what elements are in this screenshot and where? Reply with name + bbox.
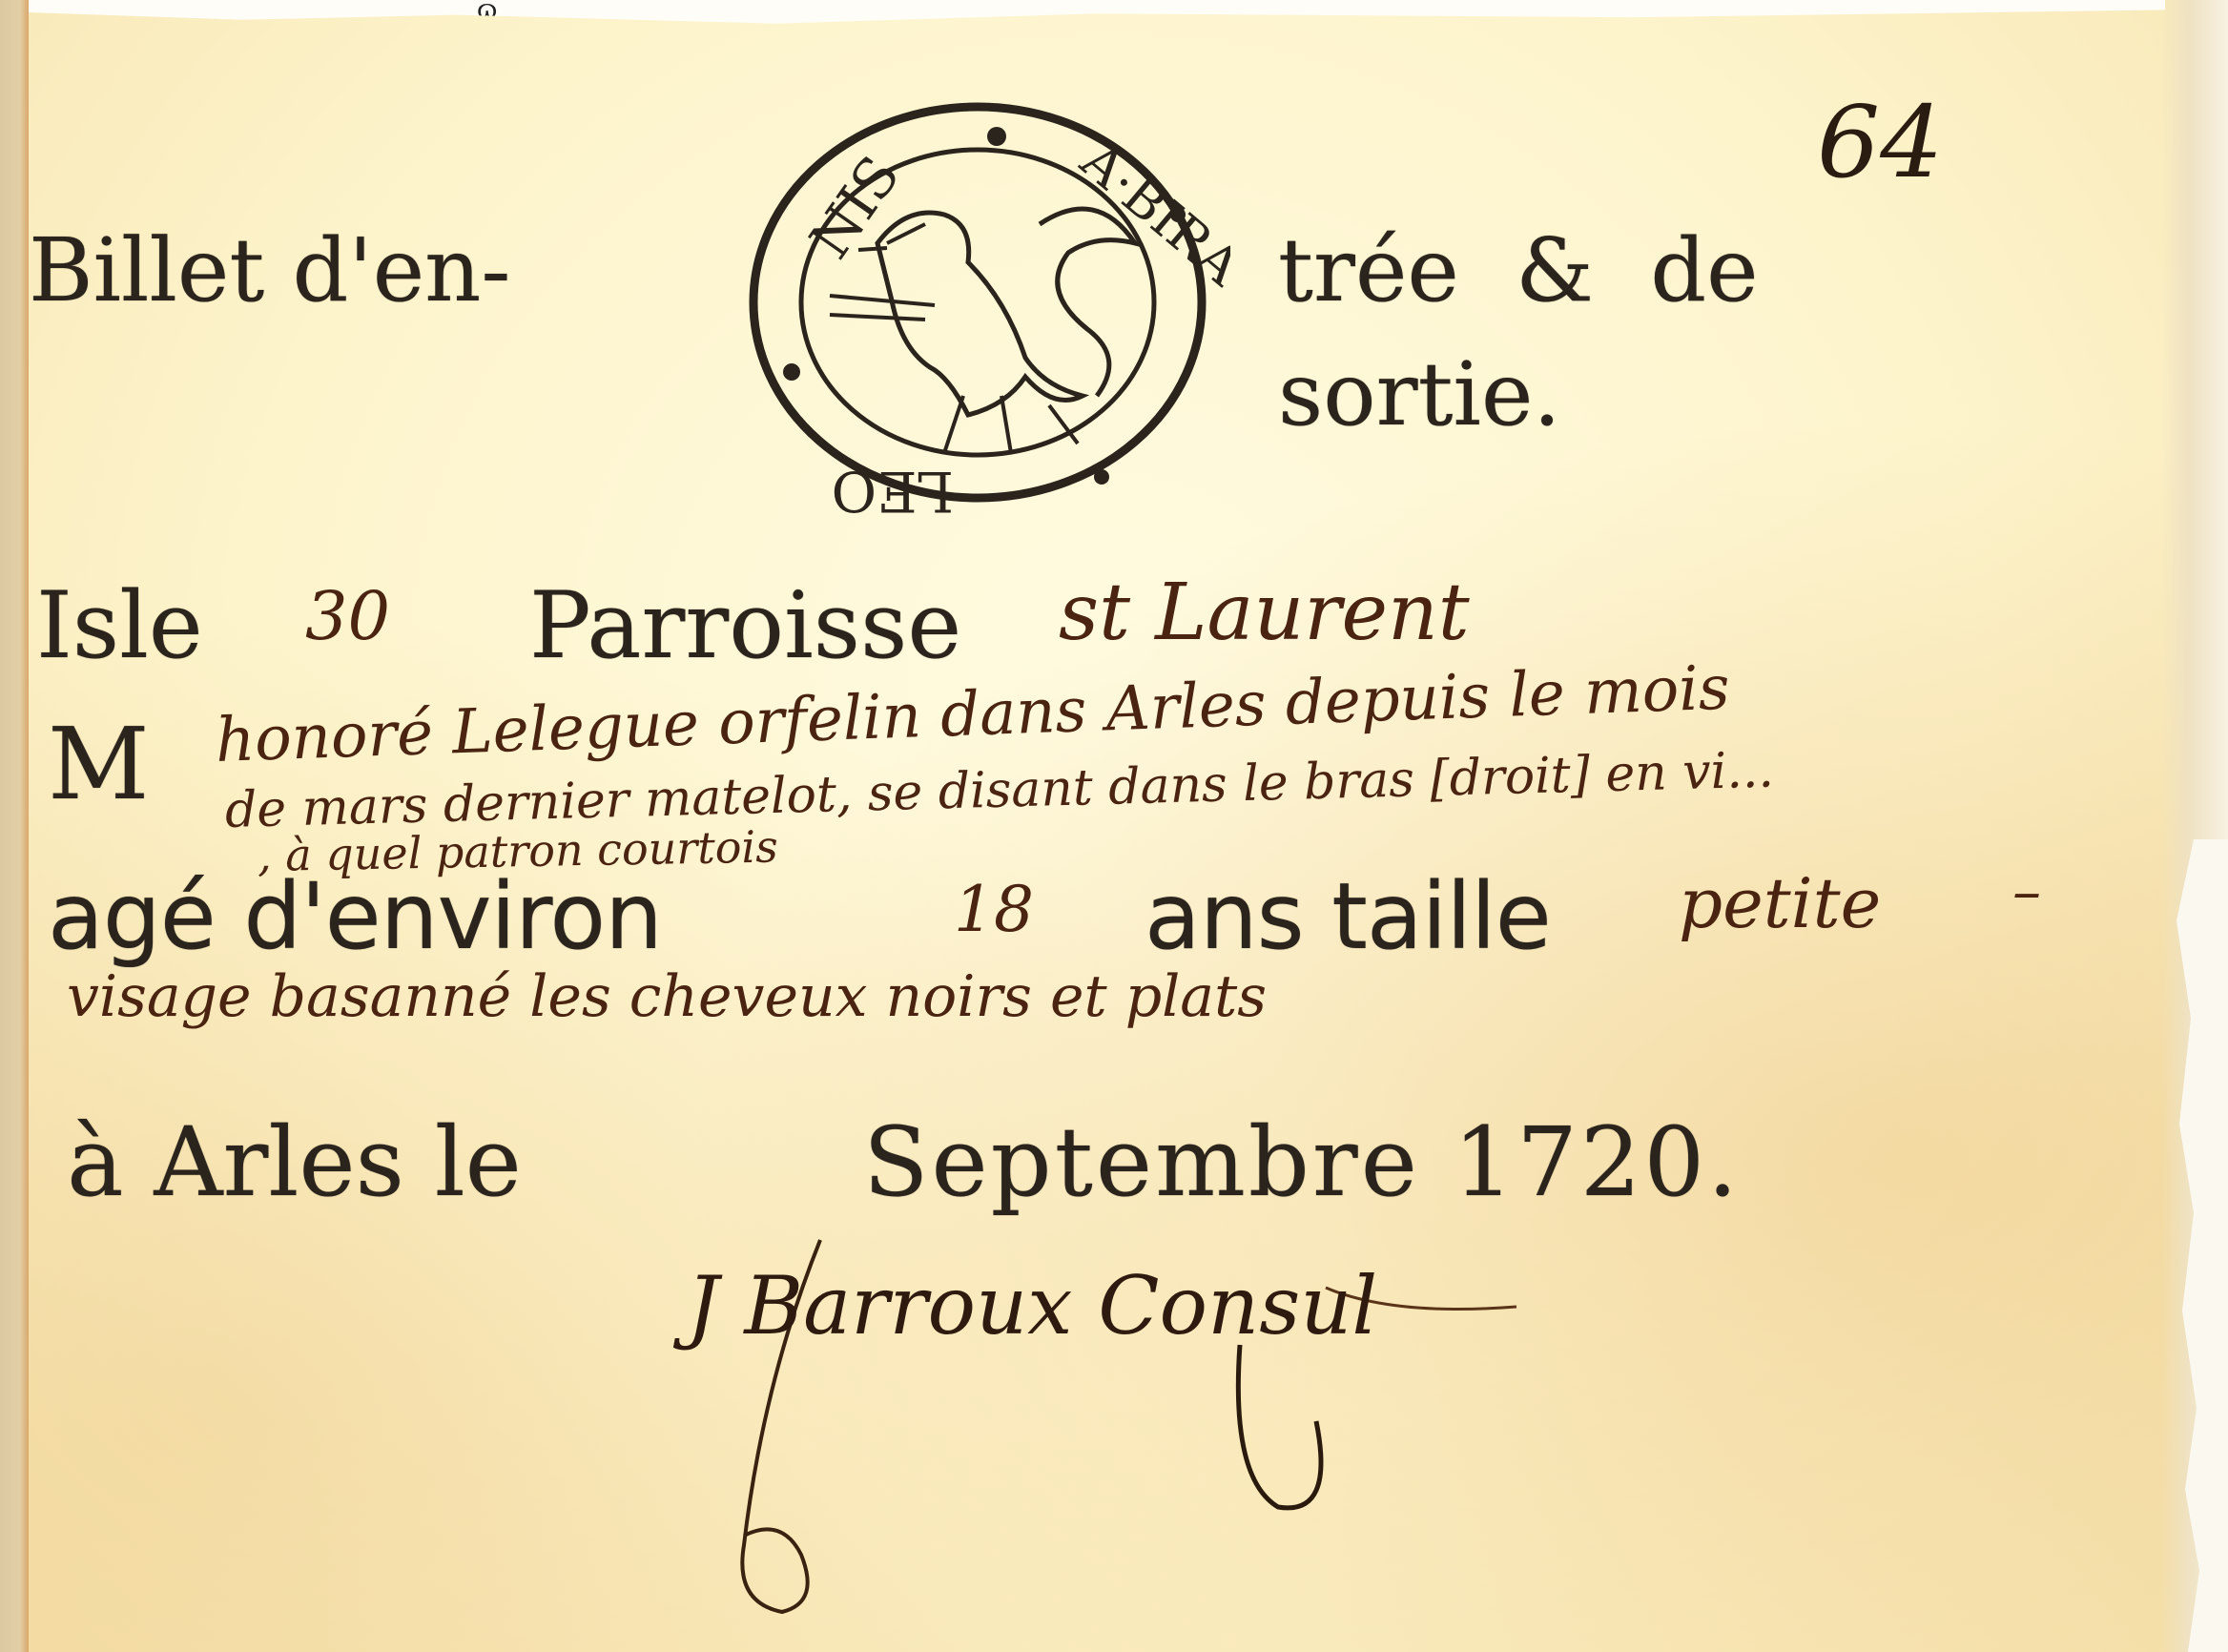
parish-value: st Laurent [1059,568,1470,658]
isle-value: 30 [305,577,390,655]
folio-number: 64 [1817,84,1943,200]
previous-page-strip: ɷ [29,0,2165,25]
bearer-label: M [48,706,150,822]
binding-edge [0,0,29,1652]
age-label: agé d'environ [48,863,662,970]
signature: J Barroux Consul [687,1259,1377,1353]
title-part-3: sortie. [1278,343,1561,445]
height-trailing-dash: – [2012,858,2041,925]
date-label: Septembre 1720. [863,1106,1741,1218]
height-value: petite [1679,863,1881,943]
bearer-description-line4: visage basanné les cheveux noirs et plat… [67,963,1267,1030]
document-page: ɷ 64 Billet d'en- trée & de sortie. NIS … [0,0,2228,1652]
lion-seal-icon: NIS A·BIRA LEO [734,81,1230,520]
signature-name: J Barroux [687,1259,1073,1353]
parish-label: Parroisse [529,572,961,679]
title-part-1: Billet d'en- [29,219,511,321]
signature-title: Consul [1098,1259,1377,1353]
previous-page-ink: ɷ [477,0,501,19]
isle-label: Isle [36,572,203,679]
seal-text-bottom: LEO [832,459,954,520]
place-label: à Arles le [67,1106,522,1218]
age-value: 18 [954,873,1034,946]
title-part-2: trée & de [1278,219,1759,321]
height-label: ans taille [1145,863,1551,970]
